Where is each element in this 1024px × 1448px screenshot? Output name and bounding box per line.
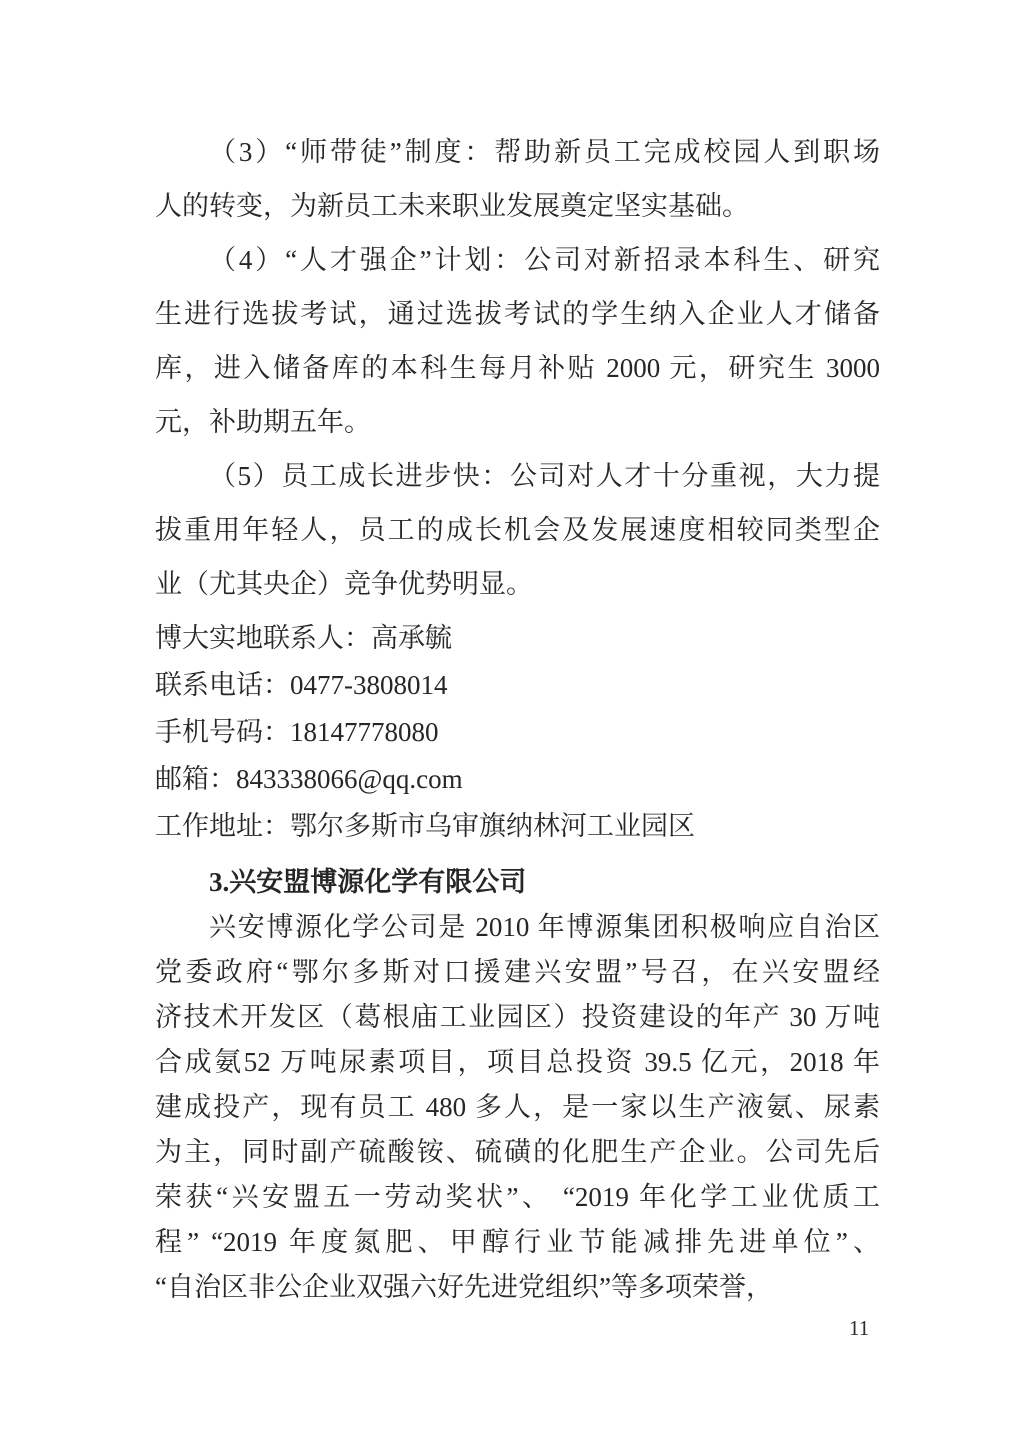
contact-mobile-line: 手机号码：18147778080 — [155, 709, 880, 756]
text-line: （4）“人才强企”计划：公司对新招录本科生、研究 — [155, 233, 880, 287]
text-line: 生进行选拔考试，通过选拔考试的学生纳入企业人才储备 — [155, 287, 880, 341]
text-line: 拔重用年轻人，员工的成长机会及发展速度相较同类型企 — [155, 503, 880, 557]
text-line: 人的转变，为新员工未来职业发展奠定坚实基础。 — [155, 179, 880, 233]
section-heading: 3.兴安盟博源化学有限公司 — [155, 860, 880, 905]
document-content: （3）“师带徒”制度：帮助新员工完成校园人到职场人的转变，为新员工未来职业发展奠… — [155, 125, 880, 1310]
text-line: 建成投产，现有员工 480 多人，是一家以生产液氨、尿素 — [155, 1085, 880, 1130]
company-3-section-block: 3.兴安盟博源化学有限公司兴安博源化学公司是 2010 年博源集团积极响应自治区… — [155, 860, 880, 1310]
text-line: 元，补助期五年。 — [155, 395, 880, 449]
text-line: 济技术开发区（葛根庙工业园区）投资建设的年产 30 万吨 — [155, 995, 880, 1040]
contact-phone-line: 联系电话：0477-3808014 — [155, 662, 880, 709]
contact-email-line: 邮箱：843338066@qq.com — [155, 756, 880, 803]
text-line: 荣获“兴安盟五一劳动奖状”、 “2019 年化学工业优质工 — [155, 1175, 880, 1220]
page-number: 11 — [849, 1316, 869, 1340]
text-line: 为主，同时副产硫酸铵、硫磺的化肥生产企业。公司先后 — [155, 1130, 880, 1175]
benefits-paragraphs-block: （3）“师带徒”制度：帮助新员工完成校园人到职场人的转变，为新员工未来职业发展奠… — [155, 125, 880, 611]
text-line: 兴安博源化学公司是 2010 年博源集团积极响应自治区 — [155, 905, 880, 950]
contact-info-block: 博大实地联系人：高承毓联系电话：0477-3808014手机号码：1814777… — [155, 615, 880, 850]
text-line: 业（尤其央企）竞争优势明显。 — [155, 557, 880, 611]
text-line: 合成氨52 万吨尿素项目，项目总投资 39.5 亿元，2018 年 — [155, 1040, 880, 1085]
text-line: 程” “2019 年度氮肥、甲醇行业节能减排先进单位”、 — [155, 1220, 880, 1265]
contact-address-line: 工作地址：鄂尔多斯市乌审旗纳林河工业园区 — [155, 803, 880, 850]
document-page: （3）“师带徒”制度：帮助新员工完成校园人到职场人的转变，为新员工未来职业发展奠… — [0, 0, 1024, 1448]
text-line: “自治区非公企业双强六好先进党组织”等多项荣誉， — [155, 1265, 880, 1310]
text-line: （3）“师带徒”制度：帮助新员工完成校园人到职场 — [155, 125, 880, 179]
text-line: （5）员工成长进步快：公司对人才十分重视，大力提 — [155, 449, 880, 503]
text-line: 库，进入储备库的本科生每月补贴 2000 元，研究生 3000 — [155, 341, 880, 395]
text-line: 党委政府“鄂尔多斯对口援建兴安盟”号召，在兴安盟经 — [155, 950, 880, 995]
contact-person-line: 博大实地联系人：高承毓 — [155, 615, 880, 662]
